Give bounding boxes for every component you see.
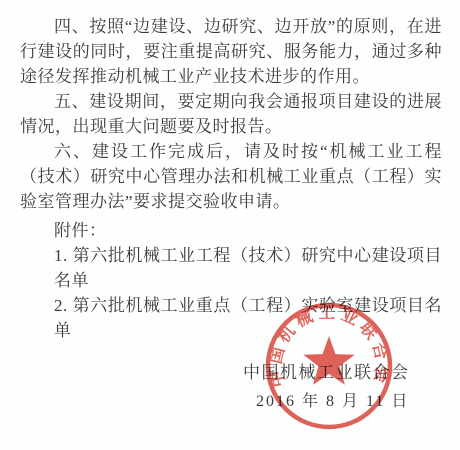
scanned-official-letter-page: 四、按照“边建设、边研究、边开放”的原则，在进行建设的同时，要注重提高研究、服务… <box>0 0 460 450</box>
body-paragraph-4: 四、按照“边建设、边研究、边开放”的原则，在进行建设的同时，要注重提高研究、服务… <box>20 14 442 89</box>
attachment-item-1: 1. 第六批机械工业工程（技术）研究中心建设项目名单 <box>20 243 442 293</box>
attachment-item-2: 2. 第六批机械工业重点（工程）实验室建设项目名单 <box>20 293 442 343</box>
letter-body: 四、按照“边建设、边研究、边开放”的原则，在进行建设的同时，要注重提高研究、服务… <box>20 14 442 343</box>
signature-organization: 中国机械工业联合会 <box>243 358 410 383</box>
body-paragraph-5: 五、建设期间，要定期向我会通报项目建设的进展情况，出现重大问题要及时报告。 <box>20 89 442 139</box>
attachments-heading: 附件： <box>20 218 442 243</box>
body-paragraph-6: 六、建设工作完成后，请及时按“机械工业工程（技术）研究中心管理办法和机械工业重点… <box>20 139 442 214</box>
attachments-section: 附件： 1. 第六批机械工业工程（技术）研究中心建设项目名单 2. 第六批机械工… <box>20 218 442 343</box>
signature-date: 2016 年 8 月 11 日 <box>256 388 409 411</box>
